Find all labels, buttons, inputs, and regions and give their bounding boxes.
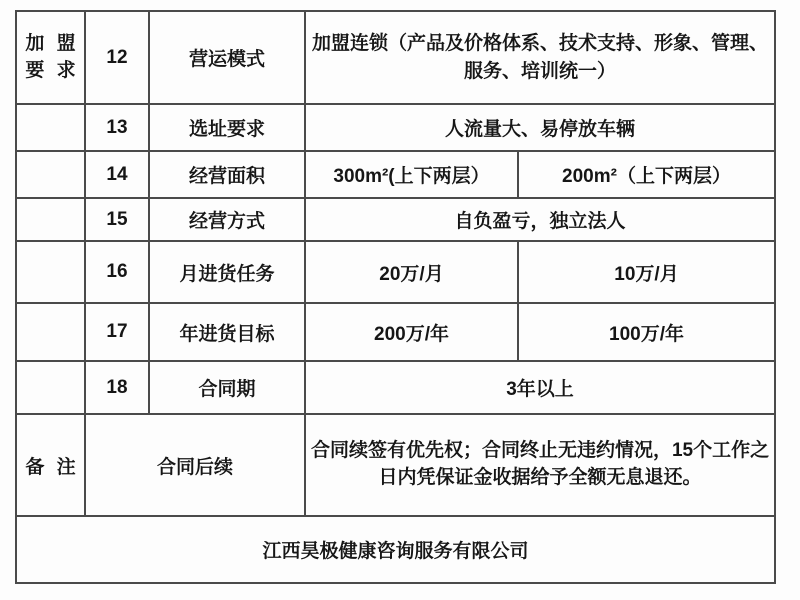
group-header-line1: 加 盟	[17, 31, 84, 58]
row-number: 18	[85, 361, 149, 414]
table-row: 14 经营面积 300m²(上下两层） 200m²（上下两层）	[16, 151, 775, 198]
row-value-1: 300m²(上下两层）	[305, 151, 518, 198]
notes-label-cell: 合同后续	[85, 414, 305, 516]
spacer-cell	[16, 198, 85, 241]
row-value-1: 200万/年	[305, 303, 518, 361]
row-number: 13	[85, 104, 149, 151]
row-label: 年进货目标	[149, 303, 305, 361]
spacer-cell	[16, 303, 85, 361]
spacer-cell	[16, 104, 85, 151]
document-page: 加 盟 要 求 12 营运模式 加盟连锁（产品及价格体系、技术支持、形象、管理、…	[0, 0, 800, 600]
row-value: 自负盈亏，独立法人	[305, 198, 775, 241]
row-number: 15	[85, 198, 149, 241]
table-row: 13 选址要求 人流量大、易停放车辆	[16, 104, 775, 151]
table-row: 17 年进货目标 200万/年 100万/年	[16, 303, 775, 361]
notes-value-cell: 合同续签有优先权；合同终止无违约情况，15个工作之日内凭保证金收据给予全额无息退…	[305, 414, 775, 516]
row-label: 经营方式	[149, 198, 305, 241]
table-row: 加 盟 要 求 12 营运模式 加盟连锁（产品及价格体系、技术支持、形象、管理、…	[16, 11, 775, 104]
row-label: 合同期	[149, 361, 305, 414]
row-value: 3年以上	[305, 361, 775, 414]
table-row: 18 合同期 3年以上	[16, 361, 775, 414]
group-header-cell: 加 盟 要 求	[16, 11, 85, 104]
row-value: 加盟连锁（产品及价格体系、技术支持、形象、管理、服务、培训统一）	[305, 11, 775, 104]
row-number: 17	[85, 303, 149, 361]
row-value: 人流量大、易停放车辆	[305, 104, 775, 151]
row-label: 月进货任务	[149, 241, 305, 303]
row-number: 16	[85, 241, 149, 303]
row-number: 12	[85, 11, 149, 104]
table-row: 15 经营方式 自负盈亏，独立法人	[16, 198, 775, 241]
spacer-cell	[16, 241, 85, 303]
spacer-cell	[16, 361, 85, 414]
group-header-line2: 要 求	[17, 58, 84, 85]
row-number: 14	[85, 151, 149, 198]
table-row: 16 月进货任务 20万/月 10万/月	[16, 241, 775, 303]
row-value-2: 200m²（上下两层）	[518, 151, 775, 198]
notes-header-cell: 备 注	[16, 414, 85, 516]
company-name-cell: 江西昊极健康咨询服务有限公司	[16, 516, 775, 583]
row-value-2: 100万/年	[518, 303, 775, 361]
row-value-2: 10万/月	[518, 241, 775, 303]
footer-row: 江西昊极健康咨询服务有限公司	[16, 516, 775, 583]
row-label: 营运模式	[149, 11, 305, 104]
row-label: 选址要求	[149, 104, 305, 151]
spacer-cell	[16, 151, 85, 198]
row-label: 经营面积	[149, 151, 305, 198]
notes-row: 备 注 合同后续 合同续签有优先权；合同终止无违约情况，15个工作之日内凭保证金…	[16, 414, 775, 516]
row-value-1: 20万/月	[305, 241, 518, 303]
franchise-requirements-table: 加 盟 要 求 12 营运模式 加盟连锁（产品及价格体系、技术支持、形象、管理、…	[15, 10, 776, 584]
